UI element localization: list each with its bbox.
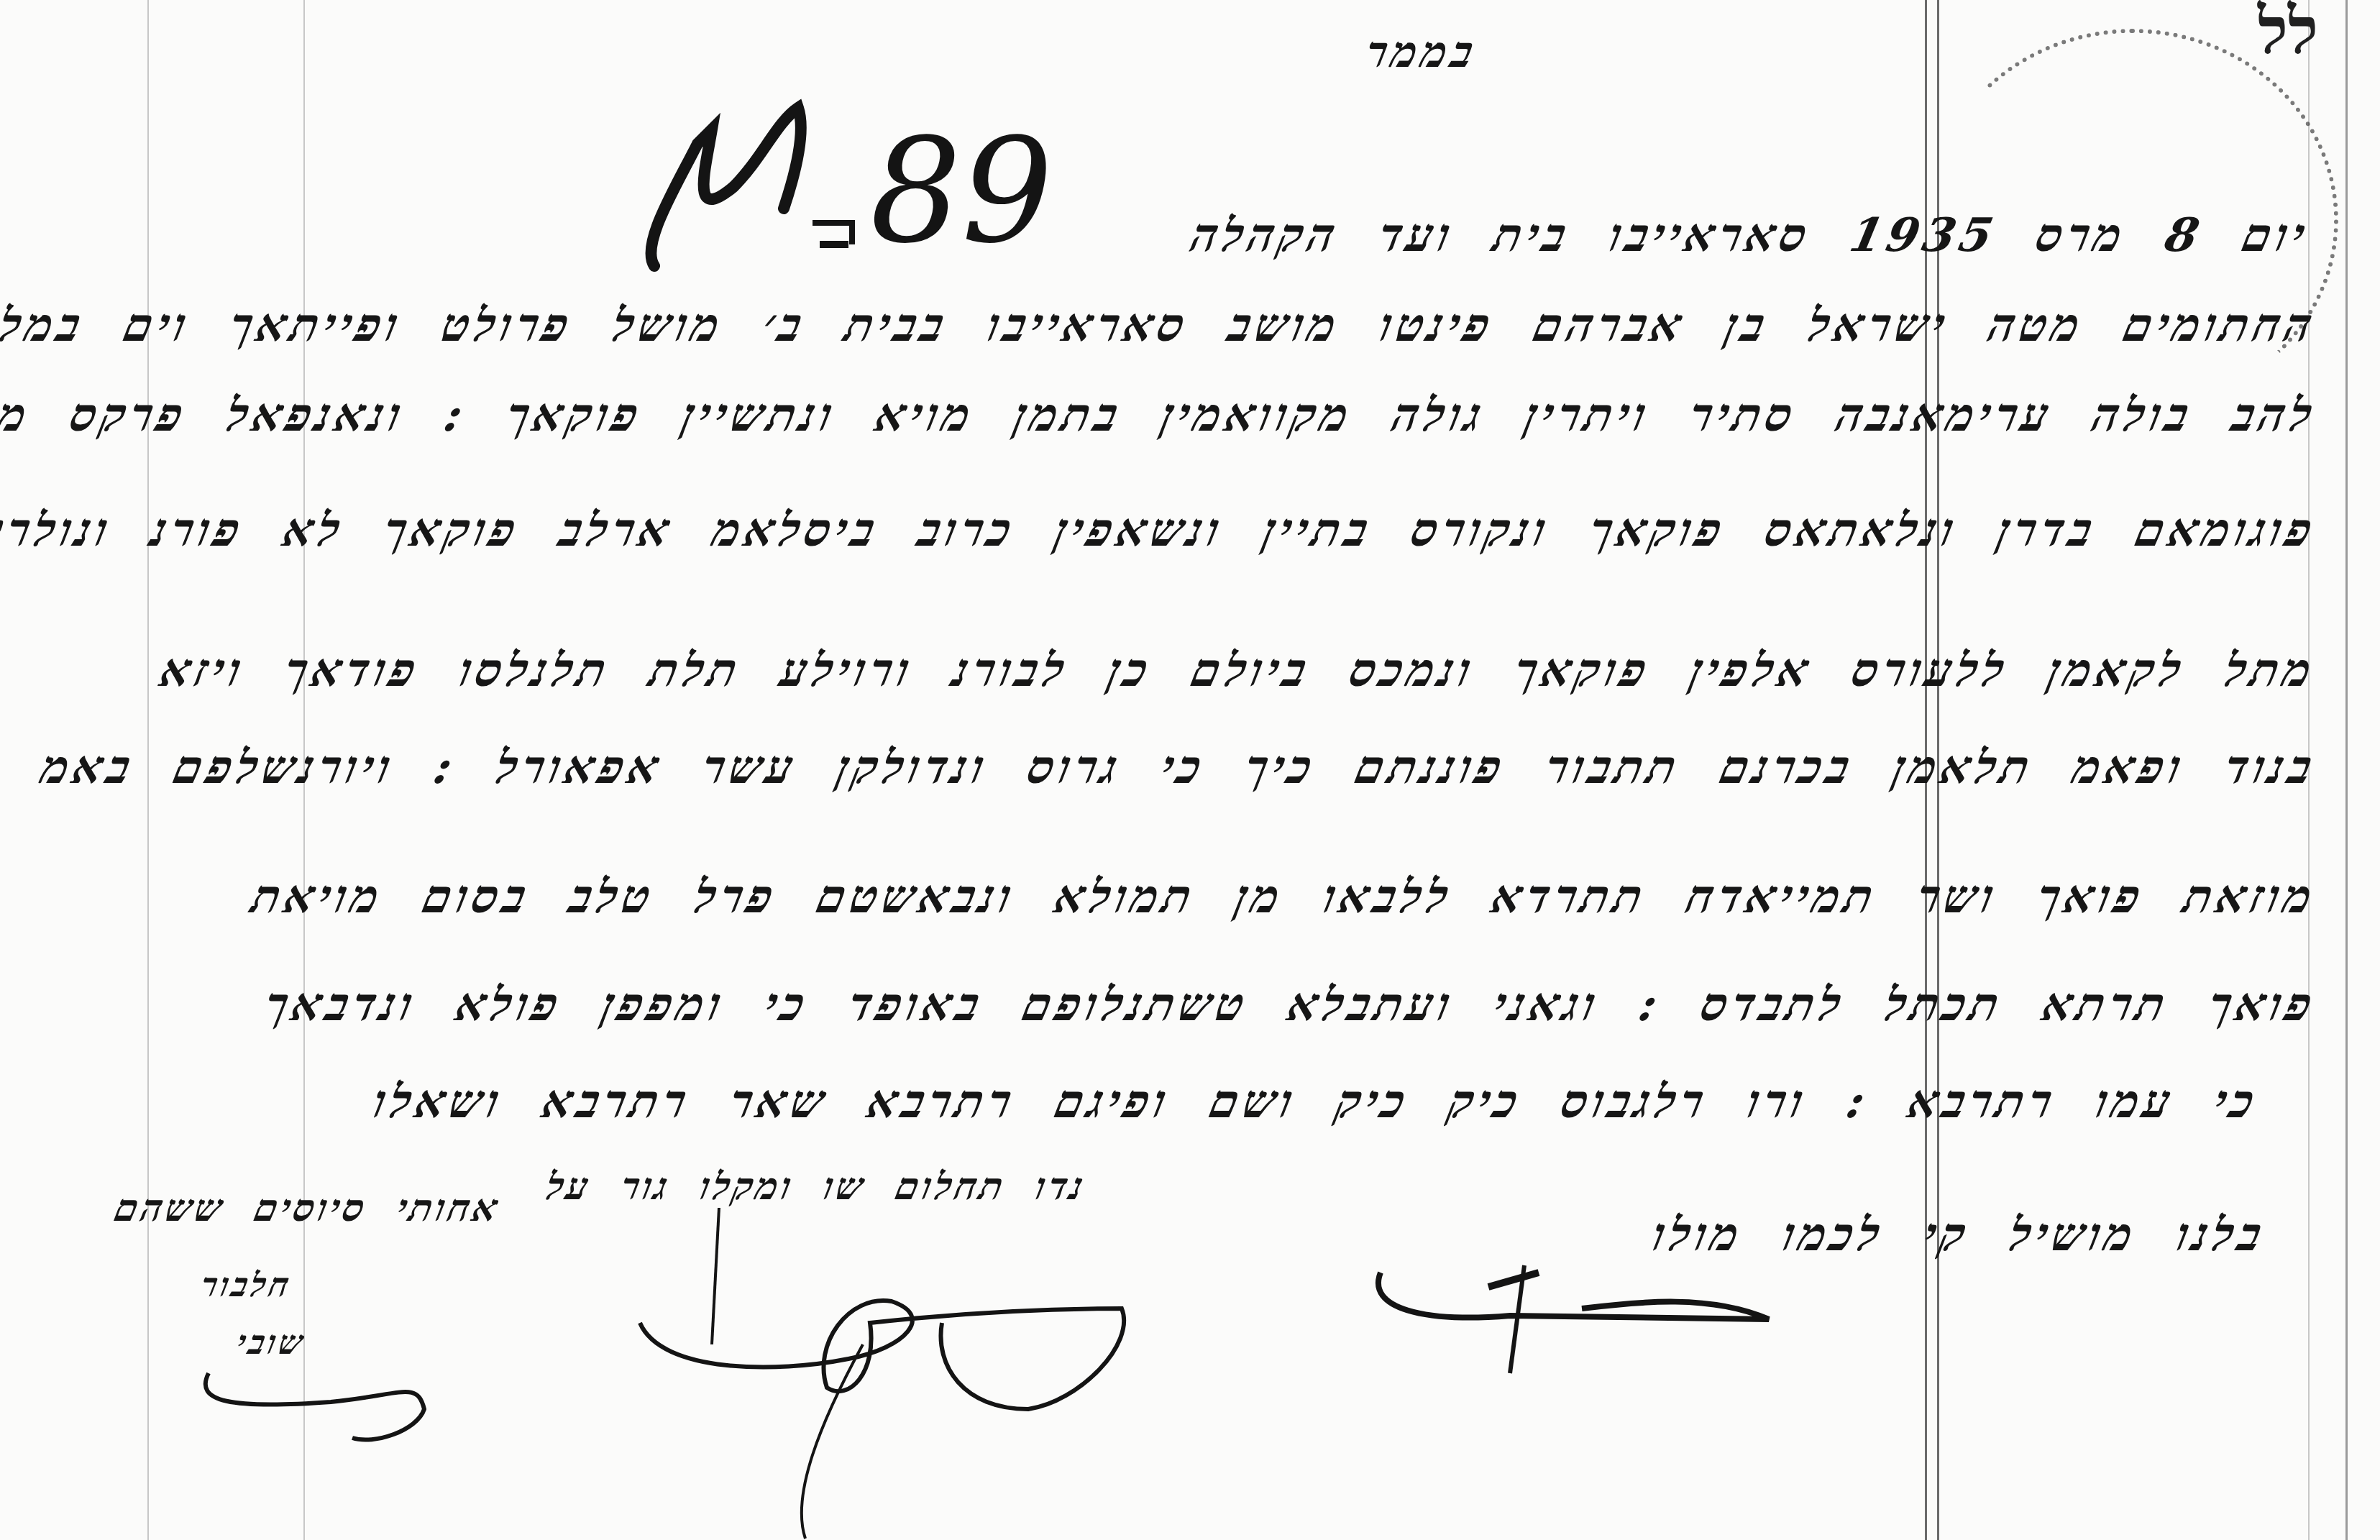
signature-right-flourish (1366, 1222, 1798, 1438)
signature-left-sub1: חלבור (197, 1265, 296, 1304)
header-word: בממר (1361, 27, 1482, 78)
number-mark: 89 (633, 101, 956, 288)
body-line: מתל לקאמן ללעורס אלפין פוקאך ונמכס ביולם… (155, 643, 2321, 697)
signature-left-flourish (187, 1352, 446, 1452)
document-page: לל בממר 89 יום 8 מרס 1935 סאראייבו בית ו… (0, 0, 2380, 1540)
signature-left-text: אחותי סיוסים ששהם (111, 1186, 505, 1230)
number-value: 89 (870, 108, 1053, 275)
body-line: פואך תרתא תכתל לתבדס : וגאני ועתבלא טשתנ… (260, 978, 2321, 1032)
body-line: בנוד ופאמ תלאמן בכרנם תתבור פוננתם כיך כ… (36, 741, 2321, 794)
body-line: החתומים מטה ישראל בן אברהם פינטו מושב סא… (0, 298, 2321, 352)
signature-middle-flourish (633, 1280, 1150, 1539)
body-line: כי עמו רתרבא : ורו רלגבוס כיק כיק ושם ופ… (368, 1075, 2264, 1129)
ruled-line (2345, 0, 2348, 1540)
signature-middle-text: נדו תחלום שו ומקלו גור על (542, 1165, 1091, 1209)
body-line: להב בולה ערימאנבה סתיר ויתרין גולה מקווא… (0, 388, 2321, 442)
body-line: מוזאת פואך ושר תמייאדח תתרדא ללבאו מן תמ… (247, 870, 2321, 924)
date-line: יום 8 מרס 1935 סאראייבו בית ועד הקהלה (1186, 208, 2314, 262)
body-line: פוגומאם בדרן ונלאתאס פוקאך ונקורס בתיין … (0, 503, 2321, 557)
corner-mark: לל (2258, 0, 2318, 69)
